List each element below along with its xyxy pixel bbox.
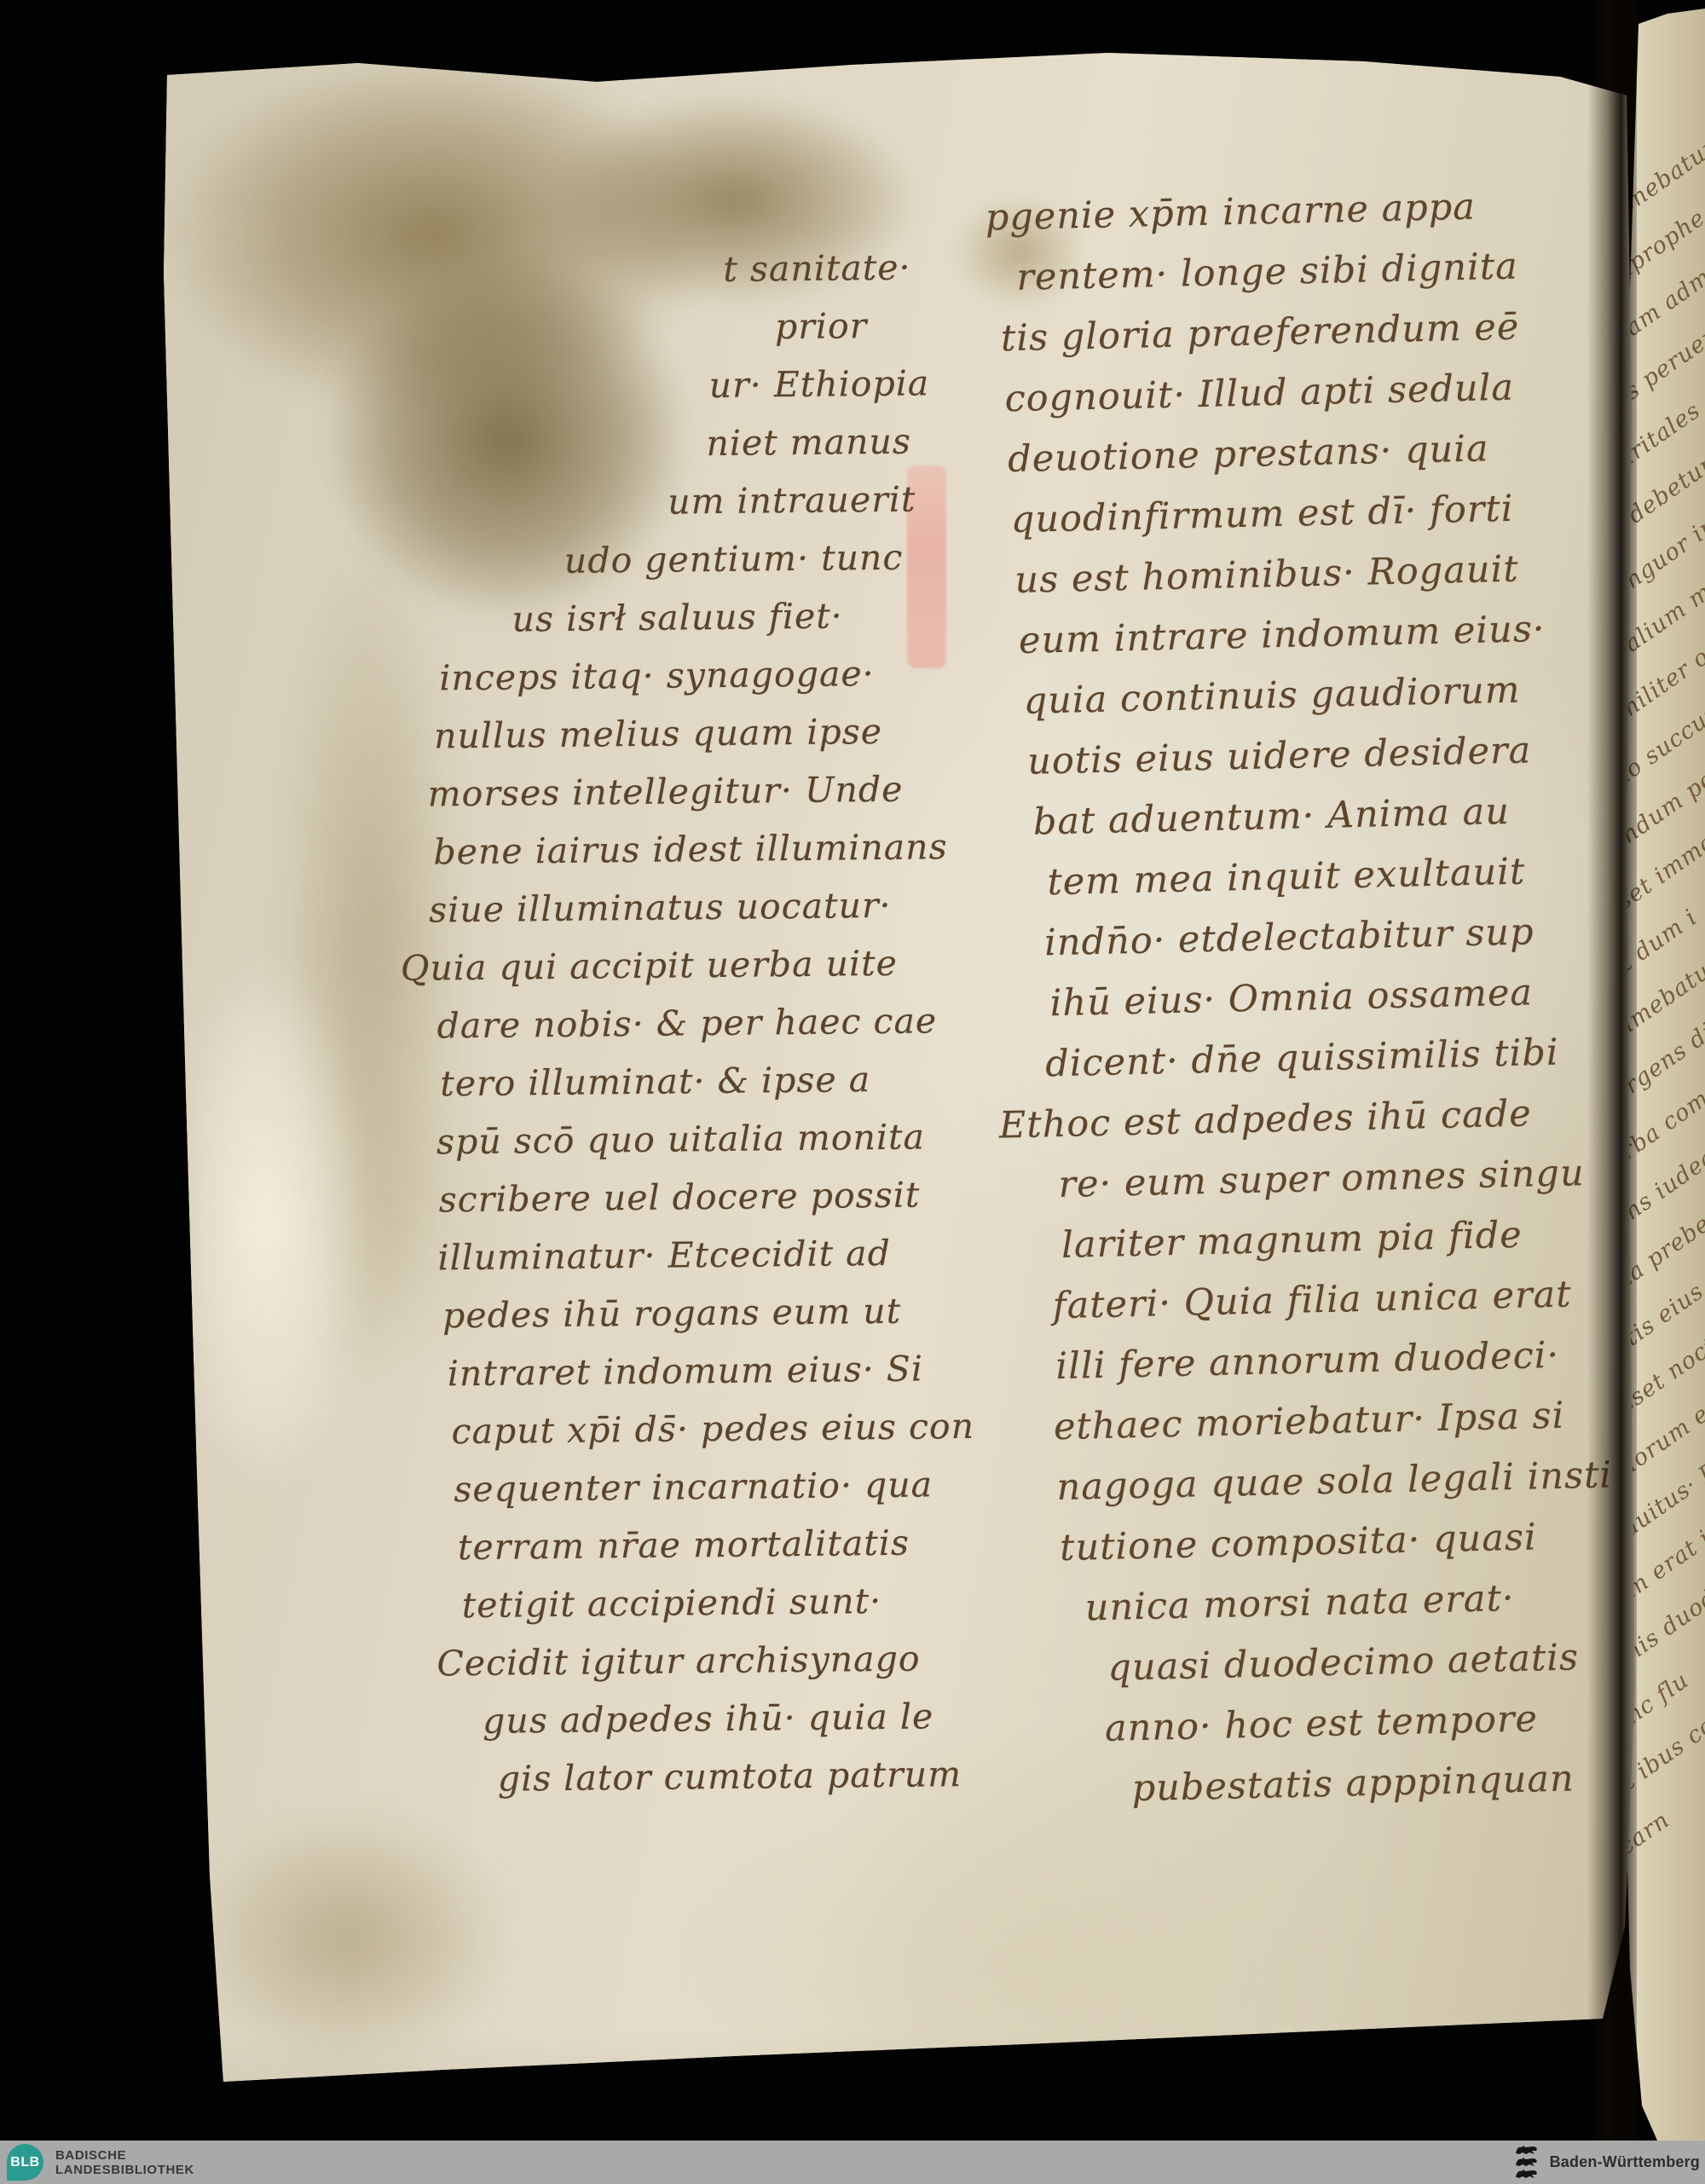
manuscript-line: unica morsi nata erat· bbox=[1084, 1580, 1515, 1626]
manuscript-line: re· eum super omnes singu bbox=[1058, 1155, 1585, 1204]
manuscript-line: deuotione prestans· quia bbox=[1008, 430, 1489, 478]
manuscript-line: prior bbox=[775, 309, 868, 344]
manuscript-line: ur· Ethiopia bbox=[709, 366, 930, 403]
manuscript-line: intraret indomum eius· Si bbox=[448, 1352, 924, 1392]
manuscript-line: tetigit accipiendi sunt· bbox=[462, 1584, 882, 1623]
library-branding: BLB BADISCHE LANDESBIBLIOTHEK bbox=[7, 2144, 194, 2181]
digitized-manuscript-photo: monebaturr aprophequam adminos peruenspi… bbox=[0, 0, 1705, 2184]
manuscript-line: um intrauerit bbox=[668, 482, 916, 520]
manuscript-line: uotis eius uidere desidera bbox=[1027, 732, 1532, 780]
manuscript-line: niet manus bbox=[706, 425, 911, 462]
manuscript-line: nagoga quae sola legali insti bbox=[1056, 1457, 1612, 1506]
manuscript-line: t sanitate· bbox=[723, 251, 911, 287]
manuscript-line: quasi duodecimo aetatis bbox=[1107, 1639, 1580, 1687]
binding-gutter-shadow bbox=[1587, 0, 1637, 2148]
text-column-left: t sanitate·priorur· Ethiopianiet manusum… bbox=[388, 0, 1008, 2184]
manuscript-line: inceps itaq· synagogae· bbox=[439, 656, 875, 696]
manuscript-line: caput xp̄i ds̄· pedes eius con bbox=[451, 1409, 974, 1449]
parchment-page: I t sanitate·priorur· Ethiopianiet manus… bbox=[0, 0, 1705, 2184]
manuscript-line: scribere uel docere possit bbox=[439, 1178, 921, 1218]
manuscript-line: lariter magnum pia fide bbox=[1061, 1217, 1523, 1264]
state-branding: Baden-Württemberg bbox=[1514, 2144, 1700, 2181]
manuscript-line: pgenie xp̄m incarne appa bbox=[985, 189, 1476, 237]
manuscript-line: pubestatis apppinquan bbox=[1131, 1761, 1575, 1808]
manuscript-line: tutione composita· quasi bbox=[1060, 1519, 1537, 1567]
manuscript-line: siue illuminatus uocatur· bbox=[429, 888, 892, 928]
library-name: BADISCHE LANDESBIBLIOTHEK bbox=[55, 2148, 194, 2177]
manuscript-line: gus adpedes ihū· quia le bbox=[483, 1699, 934, 1739]
manuscript-line: eum intrare indomum eius· bbox=[1019, 611, 1546, 660]
manuscript-line: udo gentium· tunc bbox=[564, 540, 904, 579]
manuscript-line: illuminatur· Etcecidit ad bbox=[437, 1236, 891, 1276]
manuscript-line: rentem· longe sibi dignita bbox=[1016, 249, 1518, 297]
manuscript-line: gis lator cumtota patrum bbox=[498, 1757, 962, 1797]
manuscript-line: Quia qui accipit uerba uite bbox=[401, 946, 898, 986]
manuscript-line: nullus melius quam ipse bbox=[434, 714, 882, 754]
text-column-right: pgenie xp̄m incarne apparentem· longe si… bbox=[972, 0, 1678, 2183]
three-lions-coat-of-arms-icon bbox=[1514, 2144, 1540, 2181]
manuscript-line: ethaec moriebatur· Ipsa si bbox=[1054, 1398, 1565, 1447]
manuscript-line: bat aduentum· Anima au bbox=[1032, 794, 1510, 841]
manuscript-line: cognouit· Illud apti sedula bbox=[1004, 370, 1514, 419]
manuscript-line: morses intellegitur· Unde bbox=[428, 772, 904, 812]
light-patch-left-edge bbox=[153, 955, 375, 1492]
manuscript-line: sequenter incarnatio· qua bbox=[454, 1467, 933, 1507]
state-label: Baden-Württemberg bbox=[1550, 2153, 1700, 2171]
manuscript-line: us isrł saluus fiet· bbox=[511, 598, 843, 637]
manuscript-line: pedes ihū rogans eum ut bbox=[442, 1294, 901, 1334]
manuscript-line: tem mea inquit exultauit bbox=[1047, 854, 1526, 902]
footer-bar: BLB BADISCHE LANDESBIBLIOTHEK Baden-Würt… bbox=[0, 2141, 1705, 2184]
manuscript-line: quia continuis gaudiorum bbox=[1023, 673, 1521, 720]
library-name-line1: BADISCHE bbox=[55, 2148, 194, 2163]
blb-logo: BLB bbox=[7, 2144, 43, 2181]
manuscript-line: terram nr̄ae mortalitatis bbox=[458, 1526, 910, 1566]
manuscript-line: dare nobis· & per haec cae bbox=[436, 1003, 937, 1043]
manuscript-line: spū scō quo uitalia monita bbox=[436, 1119, 925, 1159]
manuscript-line: ihū eius· Omnia ossamea bbox=[1049, 974, 1533, 1022]
manuscript-line: illi fere annorum duodeci· bbox=[1055, 1338, 1560, 1385]
manuscript-line: anno· hoc est tempore bbox=[1105, 1701, 1539, 1748]
library-name-line2: LANDESBIBLIOTHEK bbox=[55, 2163, 194, 2177]
manuscript-line: indn̄o· etdelectabitur sup bbox=[1044, 914, 1534, 962]
manuscript-line: Ethoc est adpedes ihū cade bbox=[998, 1095, 1532, 1144]
manuscript-line: tis gloria praeferendum eē bbox=[1001, 309, 1520, 358]
manuscript-line: tero illuminat· & ipse a bbox=[440, 1062, 870, 1101]
manuscript-line: quodinfirmum est dī· forti bbox=[1010, 491, 1514, 539]
manuscript-line: fateri· Quia filia unica erat bbox=[1052, 1276, 1572, 1325]
manuscript-line: Cecidit igitur archisynago bbox=[436, 1642, 920, 1682]
manuscript-line: bene iairus idest illuminans bbox=[433, 829, 948, 870]
manuscript-line: dicent· dn̄e quissimilis tibi bbox=[1045, 1035, 1559, 1083]
manuscript-line: us est hominibus· Rogauit bbox=[1014, 552, 1519, 599]
